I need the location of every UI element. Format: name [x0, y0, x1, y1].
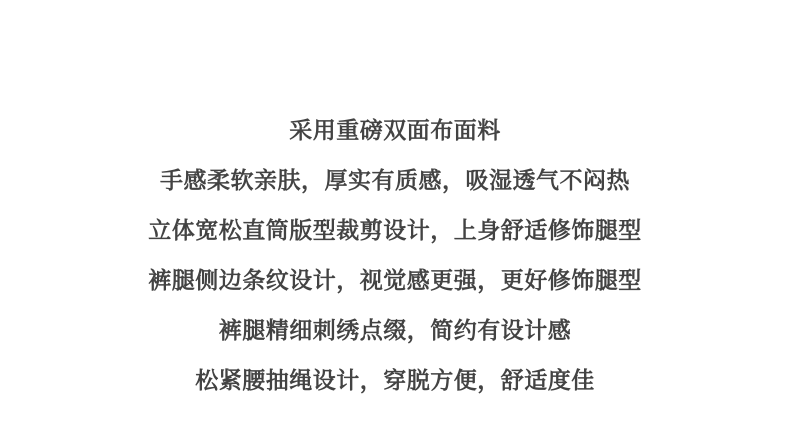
description-line-stripe: 裤腿侧边条纹设计，视觉感更强，更好修饰腿型	[0, 255, 790, 305]
description-line-fabric: 采用重磅双面布面料	[0, 105, 790, 155]
description-line-waist: 松紧腰抽绳设计，穿脱方便，舒适度佳	[0, 355, 790, 405]
description-line-feel: 手感柔软亲肤，厚实有质感，吸湿透气不闷热	[0, 155, 790, 205]
description-line-cut: 立体宽松直筒版型裁剪设计，上身舒适修饰腿型	[0, 205, 790, 255]
description-line-embroidery: 裤腿精细刺绣点缀，简约有设计感	[0, 305, 790, 355]
product-description-block: 采用重磅双面布面料 手感柔软亲肤，厚实有质感，吸湿透气不闷热 立体宽松直筒版型裁…	[0, 0, 790, 405]
